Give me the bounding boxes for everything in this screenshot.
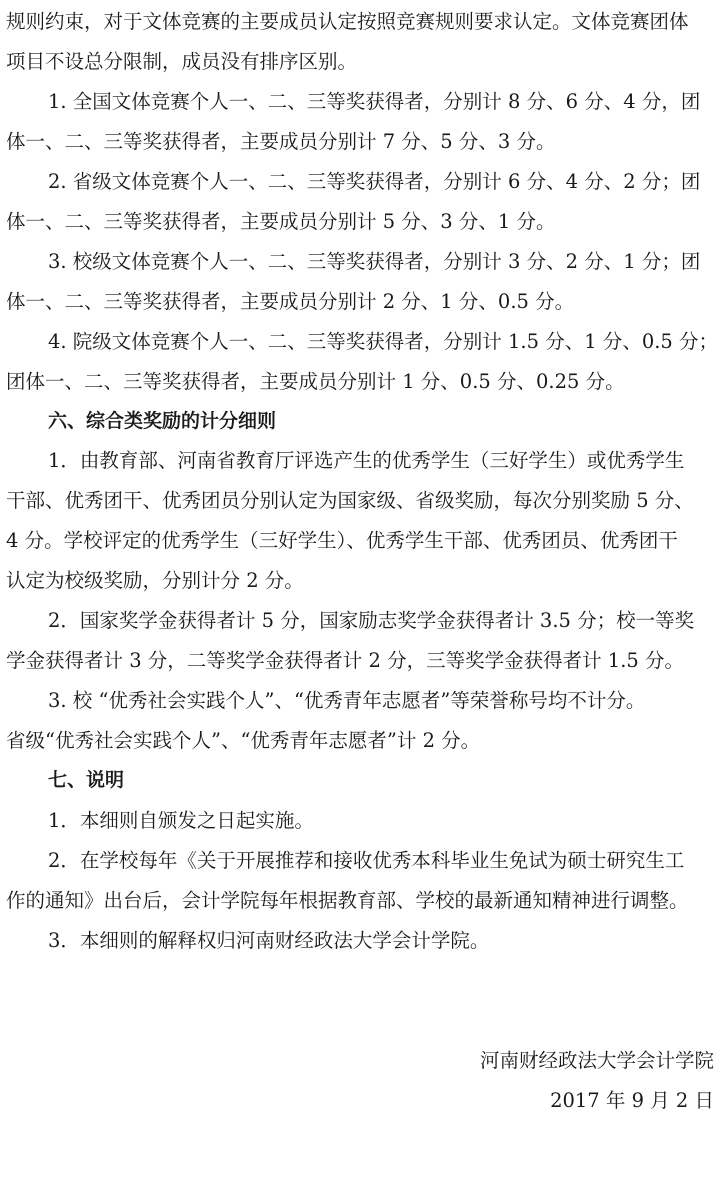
list-item: 2. 省级文体竞赛个人一、二、三等奖获得者，分别计 6 分、4 分、2 分；团 [48, 162, 720, 202]
paragraph-line: 干部、优秀团干、优秀团员分别认定为国家级、省级奖励，每次分别奖励 5 分、 [6, 481, 720, 521]
list-item: 3. 校级文体竞赛个人一、二、三等奖获得者，分别计 3 分、2 分、1 分；团 [48, 242, 720, 282]
paragraph-line: 体一、二、三等奖获得者，主要成员分别计 5 分、3 分、1 分。 [6, 202, 720, 242]
paragraph-line: 4 分。学校评定的优秀学生（三好学生）、优秀学生干部、优秀团员、优秀团干 [6, 521, 720, 561]
list-item: 1．由教育部、河南省教育厅评选产生的优秀学生（三好学生）或优秀学生 [48, 441, 720, 481]
list-item: 3. 校 “优秀社会实践个人”、“优秀青年志愿者”等荣誉称号均不计分。 [48, 681, 720, 721]
signature-date: 2017 年 9 月 2 日 [550, 1081, 714, 1121]
paragraph-line: 认定为校级奖励，分别计分 2 分。 [6, 561, 720, 601]
list-item: 3．本细则的解释权归河南财经政法大学会计学院。 [48, 921, 720, 961]
list-item: 4. 院级文体竞赛个人一、二、三等奖获得者，分别计 1.5 分、1 分、0.5 … [48, 322, 720, 362]
paragraph-line: 团体一、二、三等奖获得者，主要成员分别计 1 分、0.5 分、0.25 分。 [6, 362, 720, 402]
section-heading: 七、说明 [48, 760, 720, 800]
paragraph-line: 体一、二、三等奖获得者，主要成员分别计 2 分、1 分、0.5 分。 [6, 282, 720, 322]
list-item: 2．国家奖学金获得者计 5 分，国家励志奖学金获得者计 3.5 分；校一等奖 [48, 601, 720, 641]
paragraph-line: 作的通知》出台后，会计学院每年根据教育部、学校的最新通知精神进行调整。 [6, 881, 720, 921]
list-item: 1. 全国文体竞赛个人一、二、三等奖获得者，分别计 8 分、6 分、4 分，团 [48, 82, 720, 122]
paragraph-line: 学金获得者计 3 分，二等奖学金获得者计 2 分，三等奖学金获得者计 1.5 分… [6, 641, 720, 681]
list-item: 1．本细则自颁发之日起实施。 [48, 801, 720, 841]
list-item: 2．在学校每年《关于开展推荐和接收优秀本科毕业生免试为硕士研究生工 [48, 841, 720, 881]
paragraph-line: 体一、二、三等奖获得者，主要成员分别计 7 分、5 分、3 分。 [6, 122, 720, 162]
paragraph-line: 项目不设总分限制，成员没有排序区别。 [6, 42, 720, 82]
paragraph-line: 省级“优秀社会实践个人”、“优秀青年志愿者”计 2 分。 [6, 721, 720, 761]
paragraph-line: 规则约束，对于文体竞赛的主要成员认定按照竞赛规则要求认定。文体竞赛团体 [6, 2, 720, 42]
section-heading: 六、综合类奖励的计分细则 [48, 401, 720, 441]
signature-org: 河南财经政法大学会计学院 [480, 1041, 714, 1081]
